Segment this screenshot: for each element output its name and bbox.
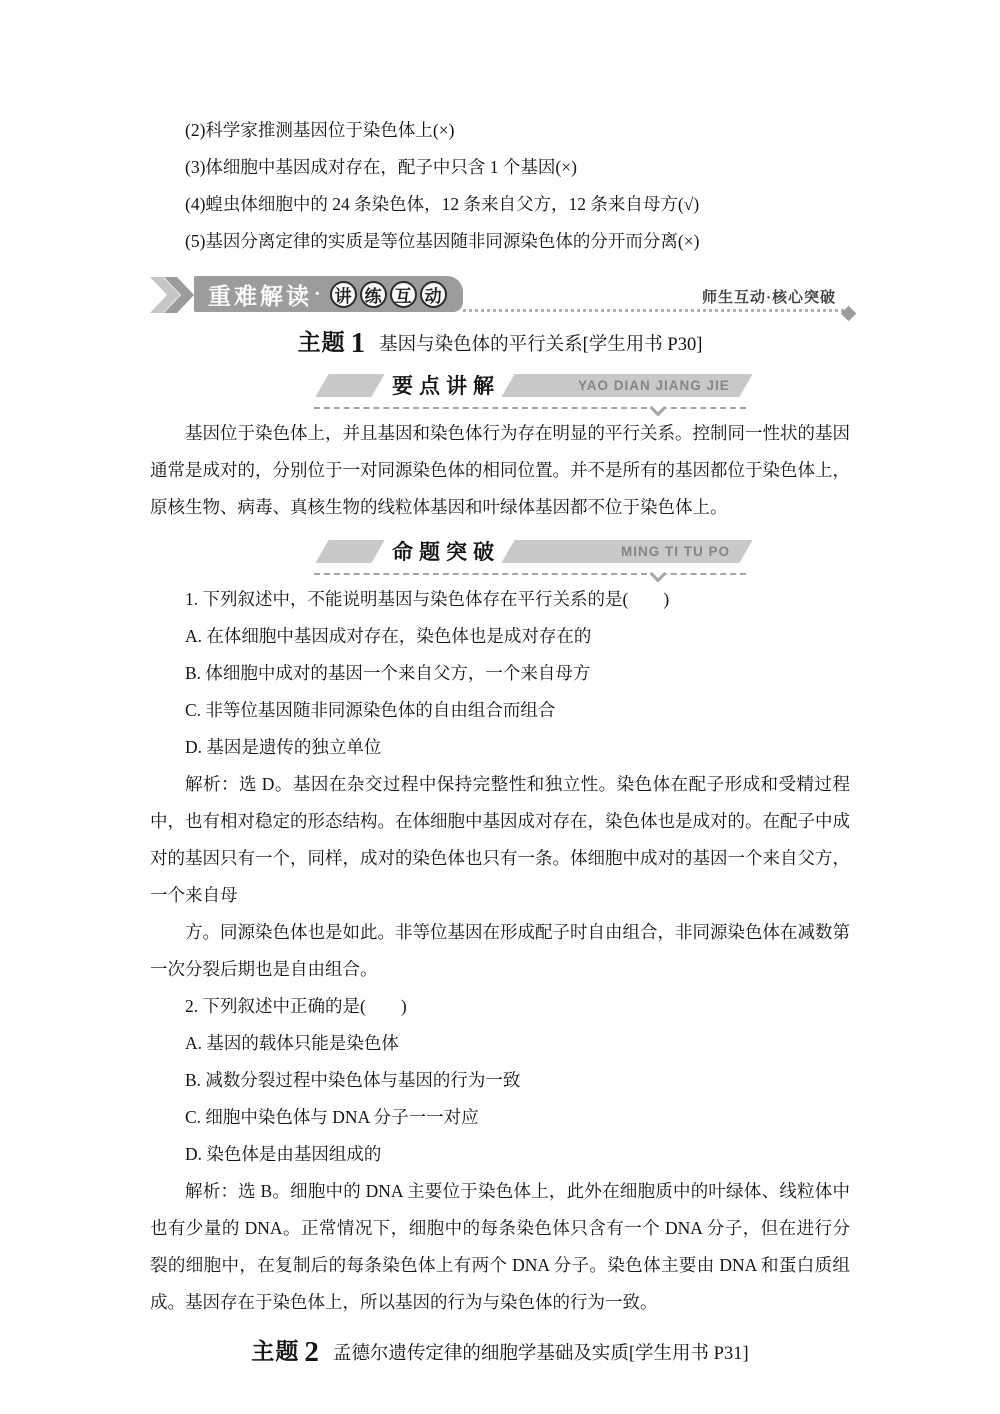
- question-2: 2. 下列叙述中正确的是( ) A. 基因的载体只能是染色体 B. 减数分裂过程…: [150, 988, 850, 1173]
- banner-title: 重难解读: [208, 278, 312, 311]
- banner-pill: 重难解读 · 讲 练 互 动: [194, 276, 463, 312]
- question-1-option-c: C. 非等位基因随非同源染色体的自由组合而组合: [150, 692, 850, 729]
- question-1-analysis-part1: 解析：选 D。基因在杂交过程中保持完整性和独立性。染色体在配子形成和受精过程中，…: [150, 766, 850, 914]
- topic2-number: 2: [304, 1336, 319, 1368]
- questions-lead-bar: [315, 540, 384, 563]
- statement-3: (3)体细胞中基因成对存在，配子中只含 1 个基因(×): [150, 149, 850, 186]
- circled-char-hu: 互: [390, 281, 417, 308]
- keypoints-pinyin: YAO DIAN JIANG JIE: [578, 378, 730, 393]
- question-2-option-d: D. 染色体是由基因组成的: [150, 1136, 850, 1173]
- statement-5: (5)基因分离定律的实质是等位基因随非同源染色体的分开而分离(×): [150, 223, 850, 260]
- question-1: 1. 下列叙述中，不能说明基因与染色体存在平行关系的是( ) A. 在体细胞中基…: [150, 581, 850, 766]
- topic1-heading: 主题1基因与染色体的平行关系[学生用书 P30]: [150, 324, 850, 360]
- banner-separator-dot: ·: [314, 283, 321, 306]
- statement-2: (2)科学家推测基因位于染色体上(×): [150, 112, 850, 149]
- questions-pinyin-bar: MING TI TU PO: [501, 540, 752, 563]
- topic1-title: 基因与染色体的平行关系[学生用书 P30]: [379, 335, 702, 355]
- circled-char-dong: 动: [420, 281, 447, 308]
- topic2-label: 主题: [251, 1339, 299, 1364]
- question-1-option-d: D. 基因是遗传的独立单位: [150, 729, 850, 766]
- topic1-label: 主题: [298, 330, 346, 355]
- banner-right-label: 师生互动·核心突破: [702, 287, 850, 309]
- question-2-stem: 2. 下列叙述中正确的是( ): [150, 988, 850, 1025]
- document-page: (2)科学家推测基因位于染色体上(×) (3)体细胞中基因成对存在，配子中只含 …: [0, 0, 1000, 1414]
- chevron-down-icon: [650, 400, 667, 417]
- question-1-option-b: B. 体细胞中成对的基因一个来自父方，一个来自母方: [150, 655, 850, 692]
- question-2-option-b: B. 减数分裂过程中染色体与基因的行为一致: [150, 1062, 850, 1099]
- keypoints-pinyin-bar: YAO DIAN JIANG JIE: [501, 374, 752, 397]
- questions-title: 命题突破: [392, 536, 500, 566]
- circled-char-lian: 练: [360, 281, 387, 308]
- question-1-option-a: A. 在体细胞中基因成对存在，染色体也是成对存在的: [150, 618, 850, 655]
- page-content: (2)科学家推测基因位于染色体上(×) (3)体细胞中基因成对存在，配子中只含 …: [150, 112, 850, 1369]
- chevron-down-icon: [650, 566, 667, 583]
- question-1-stem: 1. 下列叙述中，不能说明基因与染色体存在平行关系的是( ): [150, 581, 850, 618]
- double-chevron-icon: [150, 276, 200, 314]
- circled-char-jiang: 讲: [330, 281, 357, 308]
- keypoints-lead-bar: [315, 374, 384, 397]
- banner-dotted-rule: 师生互动·核心突破: [463, 273, 850, 312]
- topic2-heading: 主题2孟德尔遗传定律的细胞学基础及实质[学生用书 P31]: [150, 1333, 850, 1369]
- keypoints-title: 要点讲解: [392, 370, 500, 400]
- question-2-analysis: 解析：选 B。细胞中的 DNA 主要位于染色体上，此外在细胞质中的叶绿体、线粒体…: [150, 1173, 850, 1321]
- statement-4: (4)蝗虫体细胞中的 24 条染色体，12 条来自父方，12 条来自母方(√): [150, 186, 850, 223]
- keypoints-header: 要点讲解 YAO DIAN JIANG JIE: [314, 370, 746, 409]
- questions-pinyin: MING TI TU PO: [621, 544, 730, 559]
- section-banner: 重难解读 · 讲 练 互 动 师生互动·核心突破: [150, 270, 850, 312]
- question-2-option-a: A. 基因的载体只能是染色体: [150, 1025, 850, 1062]
- statement-list: (2)科学家推测基因位于染色体上(×) (3)体细胞中基因成对存在，配子中只含 …: [150, 112, 850, 260]
- question-1-analysis-part2: 方。同源染色体也是如此。非等位基因在形成配子时自由组合，非同源染色体在减数第一次…: [150, 914, 850, 988]
- topic2-title: 孟德尔遗传定律的细胞学基础及实质[学生用书 P31]: [333, 1344, 749, 1364]
- topic1-number: 1: [351, 327, 366, 359]
- question-2-option-c: C. 细胞中染色体与 DNA 分子一一对应: [150, 1099, 850, 1136]
- keypoints-paragraph: 基因位于染色体上，并且基因和染色体行为存在明显的平行关系。控制同一性状的基因通常…: [150, 415, 850, 526]
- questions-header: 命题突破 MING TI TU PO: [314, 536, 746, 575]
